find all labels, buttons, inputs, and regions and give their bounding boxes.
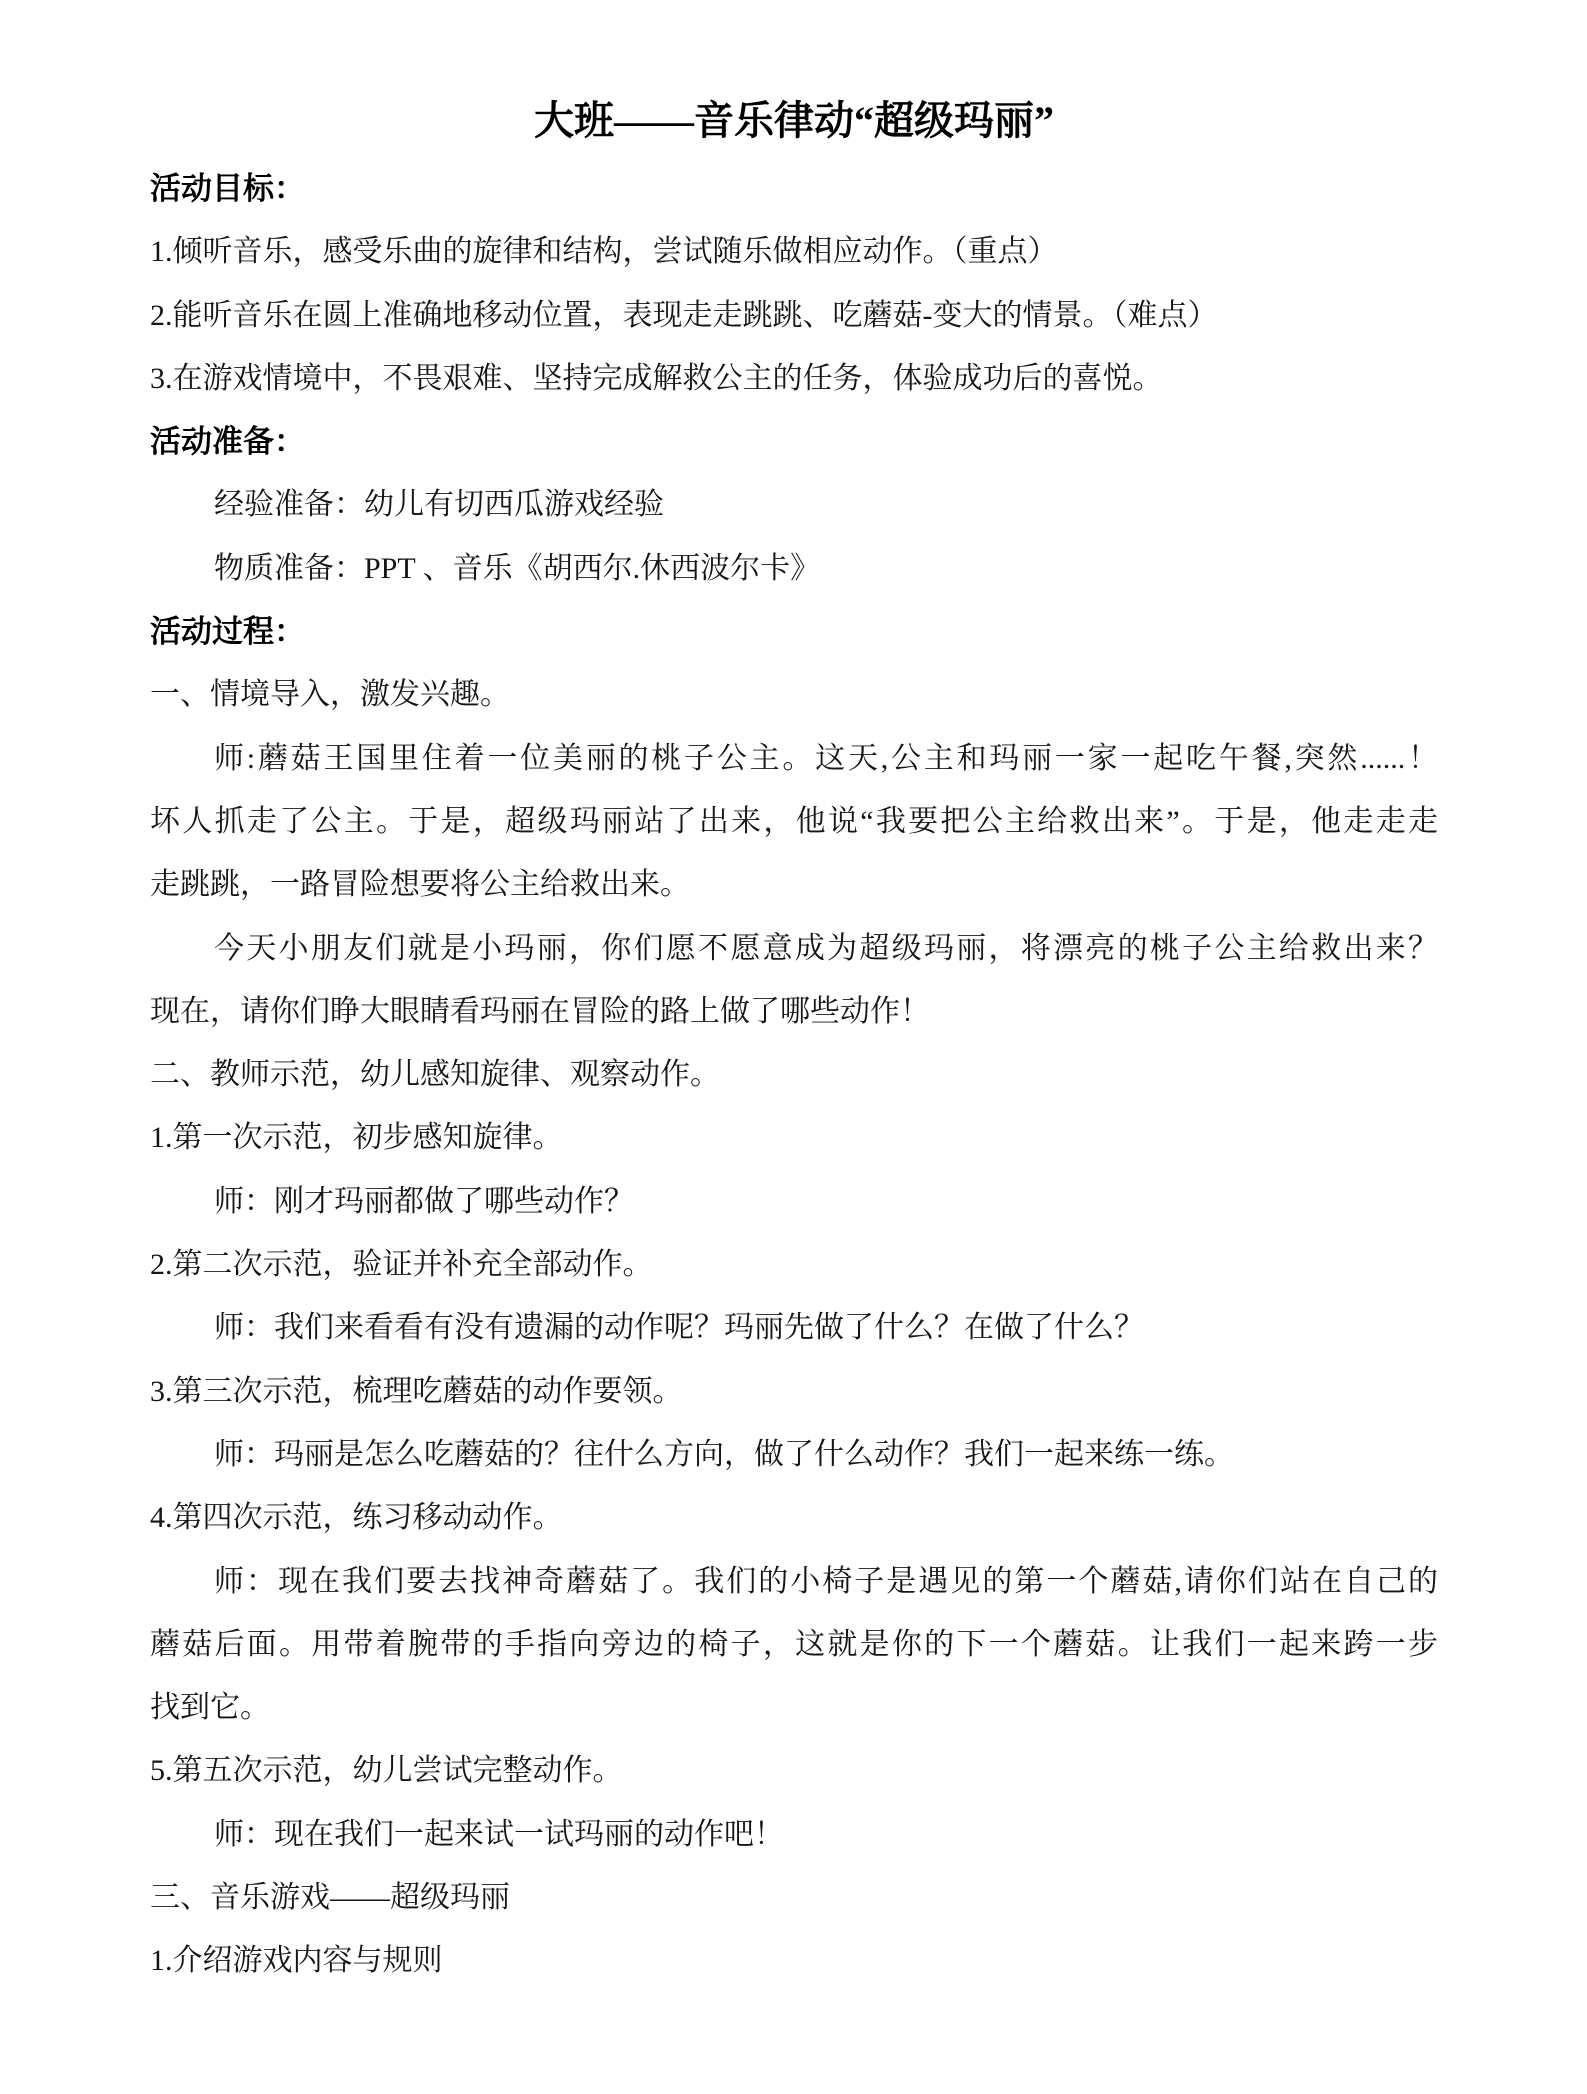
document-line: 现在，请你们睁大眼睛看玛丽在冒险的路上做了哪些动作！ [150,980,1438,1043]
document-line: 1.倾听音乐，感受乐曲的旋律和结构，尝试随乐做相应动作。（重点） [150,220,1438,283]
document-line: 2.能听音乐在圆上准确地移动位置，表现走走跳跳、吃蘑菇-变大的情景。（难点） [150,284,1438,347]
document-line: 3.在游戏情境中，不畏艰难、坚持完成解救公主的任务，体验成功后的喜悦。 [150,347,1438,410]
document-content: 大班——音乐律动“超级玛丽” 活动目标：1.倾听音乐，感受乐曲的旋律和结构，尝试… [150,85,1438,1993]
document-line: 1.介绍游戏内容与规则 [150,1929,1438,1992]
document-line: 物质准备：PPT 、音乐《胡西尔.休西波尔卡》 [150,537,1438,600]
document-line: 走跳跳，一路冒险想要将公主给救出来。 [150,853,1438,916]
document-title: 大班——音乐律动“超级玛丽” [150,85,1438,157]
document-line: 经验准备：幼儿有切西瓜游戏经验 [150,473,1438,536]
document-line: 师：我们来看看有没有遗漏的动作呢？玛丽先做了什么？在做了什么？ [150,1296,1438,1359]
document-line: 找到它。 [150,1676,1438,1739]
document-line: 5.第五次示范，幼儿尝试完整动作。 [150,1739,1438,1802]
document-line: 今天小朋友们就是小玛丽，你们愿不愿意成为超级玛丽，将漂亮的桃子公主给救出来？ [150,917,1438,980]
document-page: 大班——音乐律动“超级玛丽” 活动目标：1.倾听音乐，感受乐曲的旋律和结构，尝试… [0,0,1587,2094]
document-line: 活动过程： [150,600,1438,663]
document-line: 1.第一次示范，初步感知旋律。 [150,1106,1438,1169]
document-line: 师：现在我们要去找神奇蘑菇了。我们的小椅子是遇见的第一个蘑菇,请你们站在自己的 [150,1550,1438,1613]
document-line: 坏人抓走了公主。于是，超级玛丽站了出来，他说“我要把公主给救出来”。于是，他走走… [150,790,1438,853]
document-line: 师:蘑菇王国里住着一位美丽的桃子公主。这天,公主和玛丽一家一起吃午餐,突然...… [150,727,1438,790]
document-line: 3.第三次示范，梳理吃蘑菇的动作要领。 [150,1360,1438,1423]
document-line: 师：刚才玛丽都做了哪些动作？ [150,1170,1438,1233]
document-line: 二、教师示范，幼儿感知旋律、观察动作。 [150,1043,1438,1106]
document-line: 活动准备： [150,410,1438,473]
document-line: 三、音乐游戏——超级玛丽 [150,1866,1438,1929]
document-line: 活动目标： [150,157,1438,220]
document-line: 2.第二次示范，验证并补充全部动作。 [150,1233,1438,1296]
document-line: 蘑菇后面。用带着腕带的手指向旁边的椅子，这就是你的下一个蘑菇。让我们一起来跨一步 [150,1613,1438,1676]
document-line: 一、情境导入，激发兴趣。 [150,663,1438,726]
document-lines: 活动目标：1.倾听音乐，感受乐曲的旋律和结构，尝试随乐做相应动作。（重点）2.能… [150,157,1438,1993]
document-line: 师：现在我们一起来试一试玛丽的动作吧！ [150,1803,1438,1866]
document-line: 师：玛丽是怎么吃蘑菇的？往什么方向，做了什么动作？我们一起来练一练。 [150,1423,1438,1486]
document-line: 4.第四次示范，练习移动动作。 [150,1486,1438,1549]
